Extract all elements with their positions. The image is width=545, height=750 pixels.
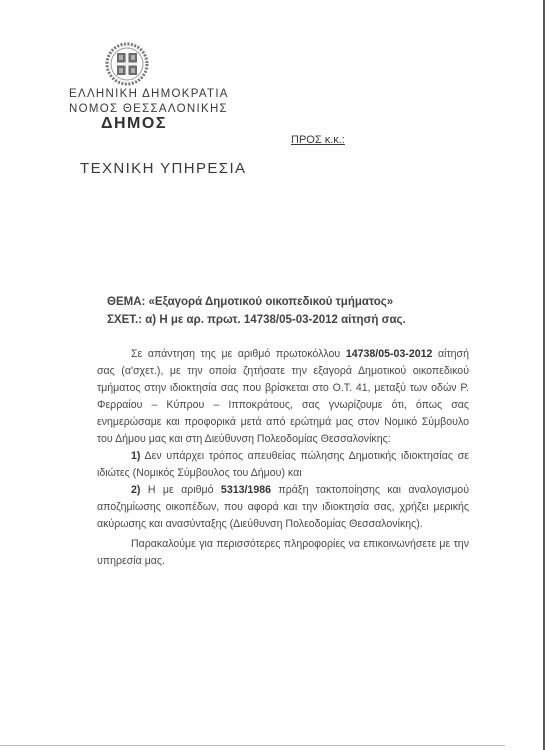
- act-number: 5313/1986: [221, 484, 271, 496]
- paragraph-text: αίτησή σας (α'σχετ.), με την οποία ζητήσ…: [97, 348, 469, 445]
- list-number: 1): [131, 450, 140, 462]
- reference-line: ΣΧΕΤ.: α) Η με αρ. πρωτ. 14738/05-03-201…: [107, 314, 406, 326]
- scan-edge: [0, 745, 505, 746]
- subject-line: ΘΕΜΑ: «Εξαγορά Δημοτικού οικοπεδικού τμή…: [107, 296, 393, 308]
- closing-paragraph: Παρακαλούμε για περισσότερες πληροφορίες…: [97, 536, 469, 570]
- prefecture-heading: ΝΟΜΟΣ ΘΕΣΣΑΛΟΝΙΚΗΣ: [69, 103, 228, 115]
- greek-emblem-icon: [105, 42, 149, 86]
- list-text: Δεν υπάρχει τρόπος απευθείας πώλησης Δημ…: [97, 450, 469, 479]
- list-number: 2): [131, 484, 140, 496]
- protocol-number: 14738/05-03-2012: [346, 348, 433, 360]
- republic-heading: ΕΛΛΗΝΙΚΗ ΔΗΜΟΚΡΑΤΙΑ: [69, 88, 229, 100]
- letter-body: Σε απάντηση της με αριθμό πρωτοκόλλου 14…: [97, 346, 469, 570]
- recipient-label: ΠΡΟΣ κ.κ.:: [291, 134, 345, 146]
- department-heading: ΤΕΧΝΙΚΗ ΥΠΗΡΕΣΙΑ: [80, 160, 246, 177]
- paragraph-response: Σε απάντηση της με αριθμό πρωτοκόλλου 14…: [97, 346, 469, 448]
- scanned-letter-page: ΕΛΛΗΝΙΚΗ ΔΗΜΟΚΡΑΤΙΑ ΝΟΜΟΣ ΘΕΣΣΑΛΟΝΙΚΗΣ Δ…: [0, 0, 545, 750]
- list-item-2: 2) Η με αριθμό 5313/1986 πράξη τακτοποίη…: [97, 482, 469, 533]
- paragraph-text: Σε απάντηση της με αριθμό πρωτοκόλλου: [131, 348, 346, 360]
- list-item-1: 1) Δεν υπάρχει τρόπος απευθείας πώλησης …: [97, 448, 469, 482]
- municipality-heading: ΔΗΜΟΣ: [101, 115, 167, 133]
- list-text: Η με αριθμό: [140, 484, 221, 496]
